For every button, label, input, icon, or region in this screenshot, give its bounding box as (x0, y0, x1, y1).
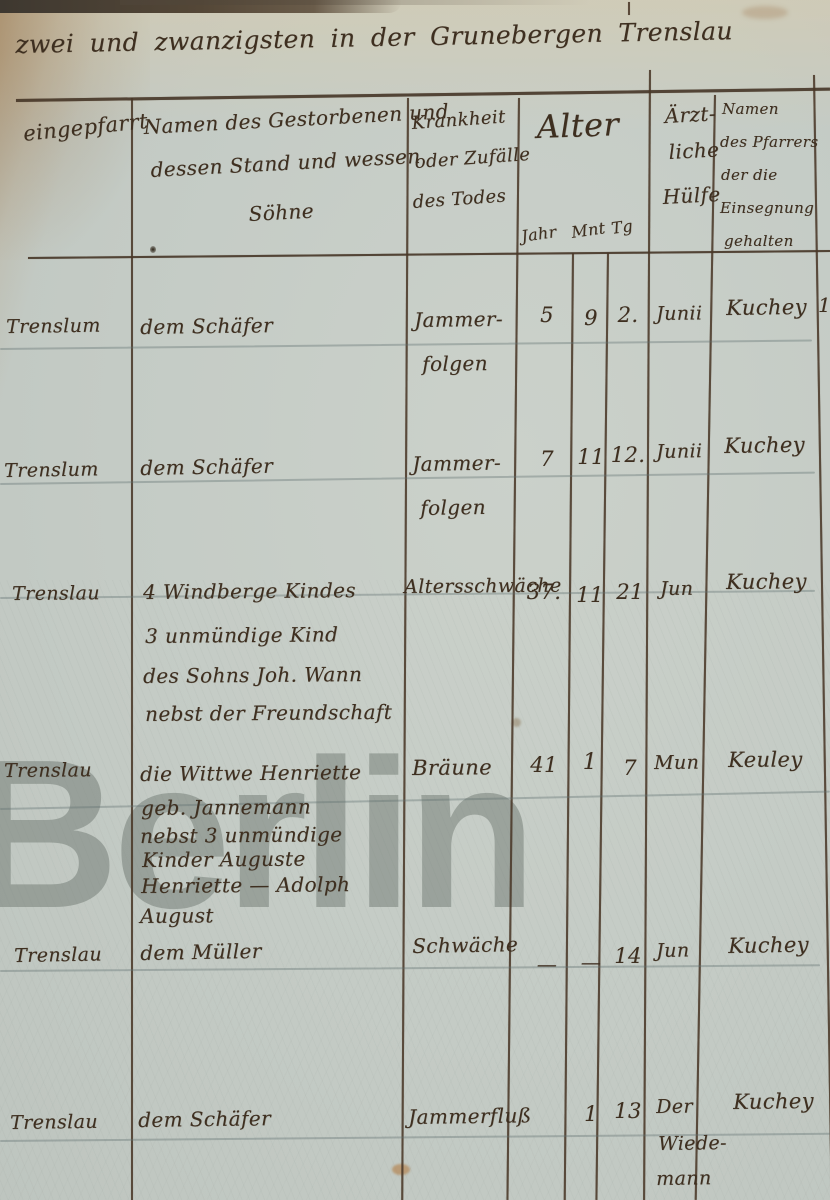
age-days-cell: 12. (607, 443, 649, 467)
month-cell: Jun (656, 939, 690, 962)
header-help-line: Hülfe (662, 182, 721, 209)
table-grid-tick (628, 2, 630, 15)
header-age: Alter (536, 105, 620, 146)
description-cell: nebst der Freundschaft (145, 700, 392, 726)
month-cell: Junii (656, 440, 703, 463)
month-cell: mann (656, 1167, 712, 1190)
stain (742, 6, 788, 19)
place-cell: Trenslau (10, 1111, 98, 1134)
age-years-cell: 41 (518, 753, 570, 777)
pastor-cell: Kuchey (733, 1089, 814, 1114)
age-months-cell: 9 (574, 306, 608, 330)
header-name-line: Söhne (248, 199, 315, 226)
cause-cell: folgen (422, 351, 488, 376)
age-years-cell: — (522, 952, 572, 976)
pastor-cell: Kuchey (726, 569, 807, 594)
header-name-line: Namen des Gestorbenen und (143, 99, 449, 139)
header-age-days: Tg (610, 216, 634, 238)
place-cell: Trenslau (14, 943, 102, 967)
margin-note-cell: 1 (818, 293, 830, 317)
description-cell: 3 unmündige Kind (145, 622, 338, 648)
header-name-line: dessen Stand und wessen (150, 144, 421, 182)
month-cell: Wiede- (658, 1132, 727, 1155)
header-pastor-line: des Pfarrers (720, 133, 818, 151)
description-cell: Henriette — Adolph (141, 872, 350, 898)
description-cell: nebst 3 unmündige (140, 822, 343, 848)
header-help-line: Ärzt- (664, 101, 717, 128)
description-cell: die Wittwe Henriette (140, 760, 361, 786)
place-cell: Trenslum (6, 315, 101, 338)
age-days-cell: 13 (607, 1099, 649, 1123)
description-cell: geb. Jannemann (141, 795, 311, 820)
age-months-cell: — (574, 950, 608, 974)
header-help-line: liche (668, 137, 720, 164)
month-cell: Junii (656, 302, 703, 325)
description-cell: August (140, 903, 214, 928)
table-grid-vline (131, 98, 133, 1200)
header-pastor-line: Einsegnung (720, 199, 814, 217)
description-cell: 4 Windberge Kindes (143, 578, 356, 604)
description-cell: des Sohns Joh. Wann (143, 662, 362, 688)
header-cause-line: oder Zufälle (414, 144, 531, 173)
age-days-cell: 2. (607, 303, 649, 327)
header-pastor-line: der die (721, 166, 778, 184)
cause-cell: Jammer- (412, 450, 501, 476)
header-cause-line: des Todes (412, 185, 507, 212)
cause-cell: Jammerfluß (408, 1103, 532, 1129)
cause-cell: Bräune (412, 755, 492, 780)
month-cell: Mun (654, 752, 699, 774)
description-cell: dem Schäfer (140, 313, 273, 339)
paper-texture (0, 940, 830, 1200)
header-pastor-line: Namen (722, 100, 779, 118)
description-cell: dem Schäfer (138, 1106, 271, 1132)
header-age-years: Jahr (520, 222, 558, 246)
age-days-cell: 14 (607, 944, 649, 968)
ink-blot (150, 246, 156, 253)
pastor-cell: Kuchey (724, 433, 805, 458)
age-years-cell: 37. (518, 580, 570, 604)
month-cell: Der (656, 1095, 693, 1118)
age-days-cell: 7 (607, 756, 653, 780)
age-months-cell: 11 (574, 445, 608, 469)
description-cell: Kinder Auguste (142, 847, 306, 872)
age-months-cell: 11 (572, 583, 608, 607)
description-cell: dem Müller (140, 939, 262, 965)
month-cell: Jun (660, 578, 693, 600)
age-days-cell: 21 (607, 580, 653, 604)
age-years-cell: 5 (522, 303, 572, 327)
pastor-cell: Keuley (728, 747, 803, 772)
book-edge-band-thin (120, 0, 590, 5)
place-cell: Trenslum (4, 458, 99, 482)
header-age-months: Mnt (570, 218, 607, 242)
place-cell: Trenslau (4, 759, 92, 782)
age-months-cell: 1 (574, 1102, 608, 1126)
description-cell: dem Schäfer (140, 454, 273, 480)
pastor-cell: Kuchey (726, 295, 807, 320)
cause-cell: Schwäche (412, 932, 518, 958)
cause-cell: folgen (420, 495, 486, 520)
pastor-cell: Kuchey (728, 933, 809, 958)
header-pastor-line: gehalten (724, 232, 794, 250)
cause-cell: Jammer- (414, 307, 503, 332)
register-page-scan: Berlin zwei und zwanzigsten in der Grune… (0, 0, 830, 1200)
row-ruling-line (0, 472, 815, 485)
age-years-cell: 7 (522, 447, 572, 471)
place-cell: Trenslau (12, 582, 100, 605)
age-months-cell: 1 (572, 750, 608, 775)
